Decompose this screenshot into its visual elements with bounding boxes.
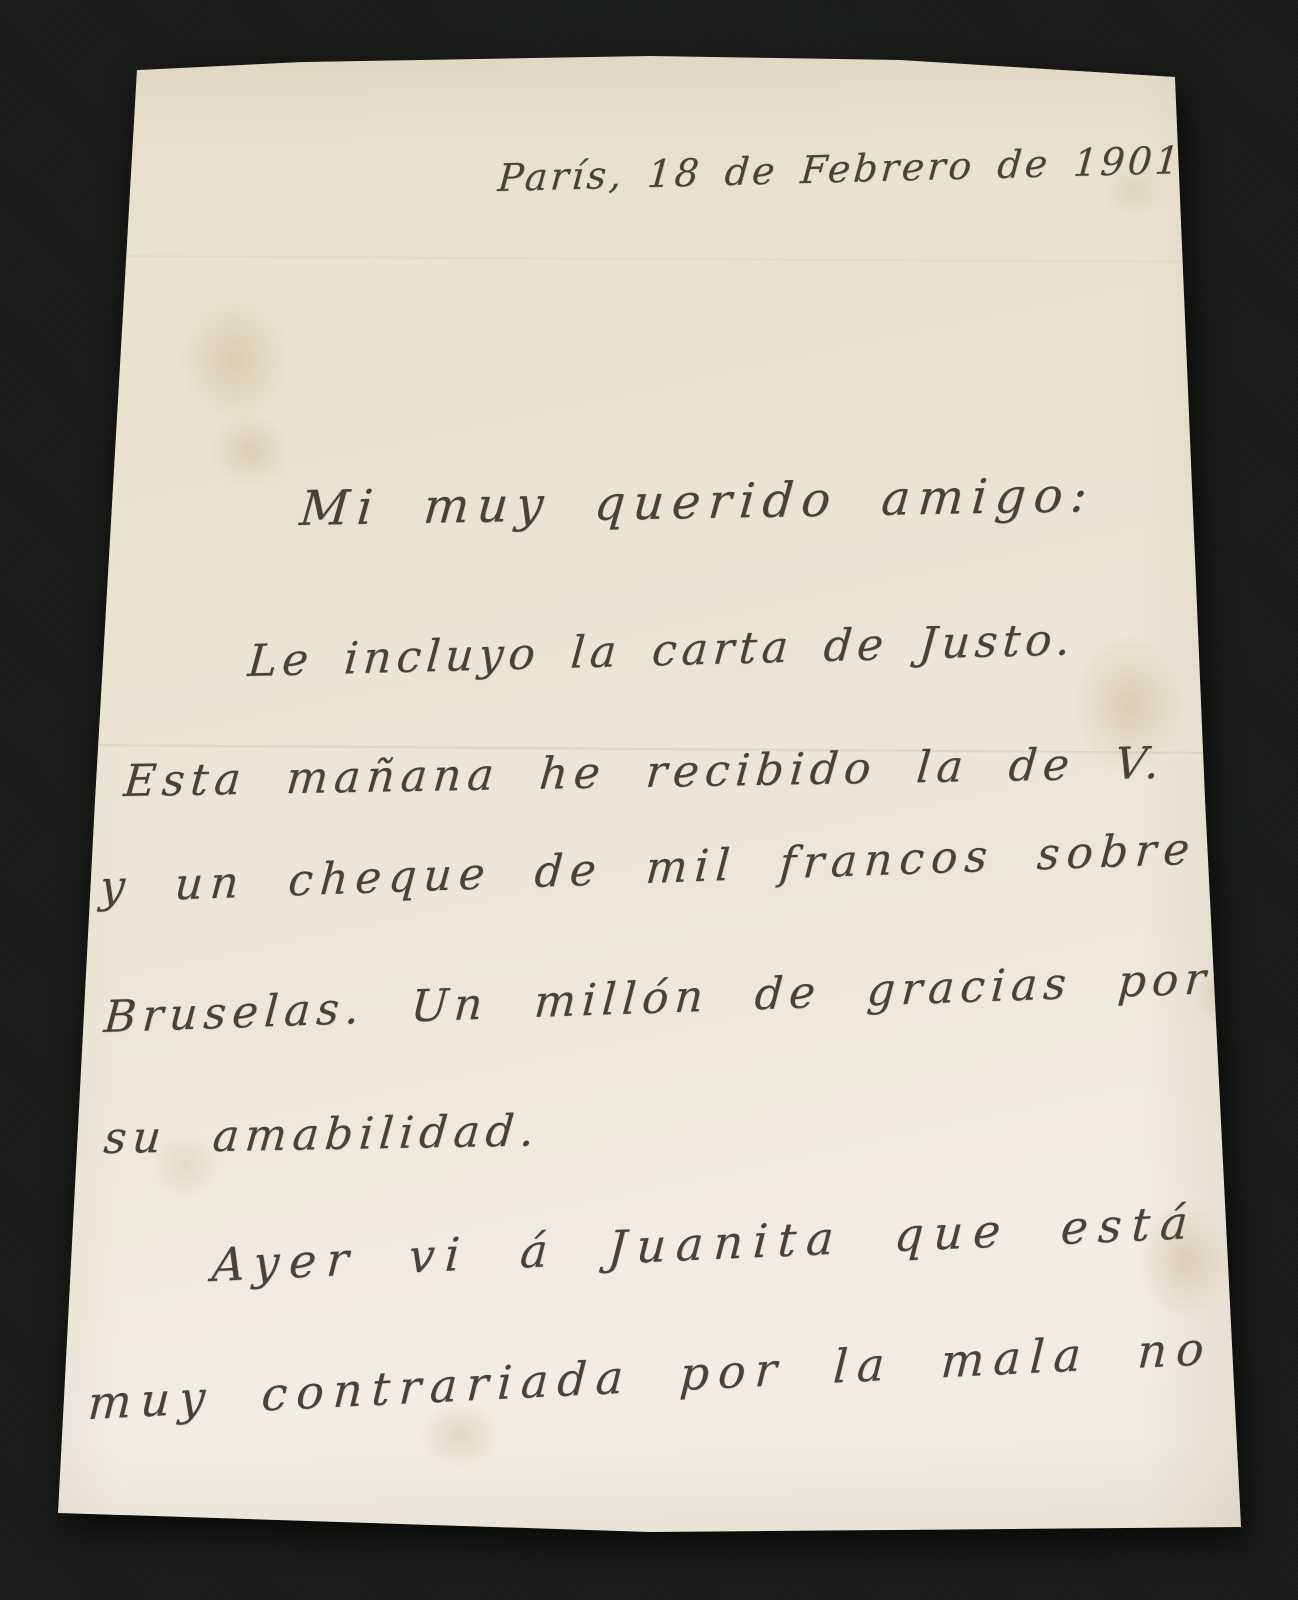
body-line: y un cheque de mil francos sobre	[98, 824, 1198, 913]
body-line: Esta mañana he recibido la de V.	[122, 738, 1168, 807]
foxing-stain	[195, 400, 305, 500]
body-line: Ayer vi á Juanita que está	[210, 1195, 1199, 1292]
body-line: Le incluyo la carta de Justo.	[246, 614, 1077, 687]
salutation: Mi muy querido amigo:	[298, 467, 1098, 537]
fold-crease	[65, 255, 1233, 265]
photo-of-letter: París, 18 de Febrero de 1901 Mi muy quer…	[0, 0, 1298, 1600]
body-line: su amabilidad.	[102, 1105, 542, 1164]
letter-sheet-wrap: París, 18 de Febrero de 1901 Mi muy quer…	[0, 0, 1298, 1600]
body-line: muy contrariada por la mala no -	[86, 1317, 1286, 1430]
foxing-stain	[160, 270, 310, 450]
letter-sheet: París, 18 de Febrero de 1901 Mi muy quer…	[0, 0, 1298, 1600]
dateline: París, 18 de Febrero de 1901	[496, 138, 1184, 200]
body-line: Bruselas. Un millón de gracias por	[102, 953, 1213, 1043]
